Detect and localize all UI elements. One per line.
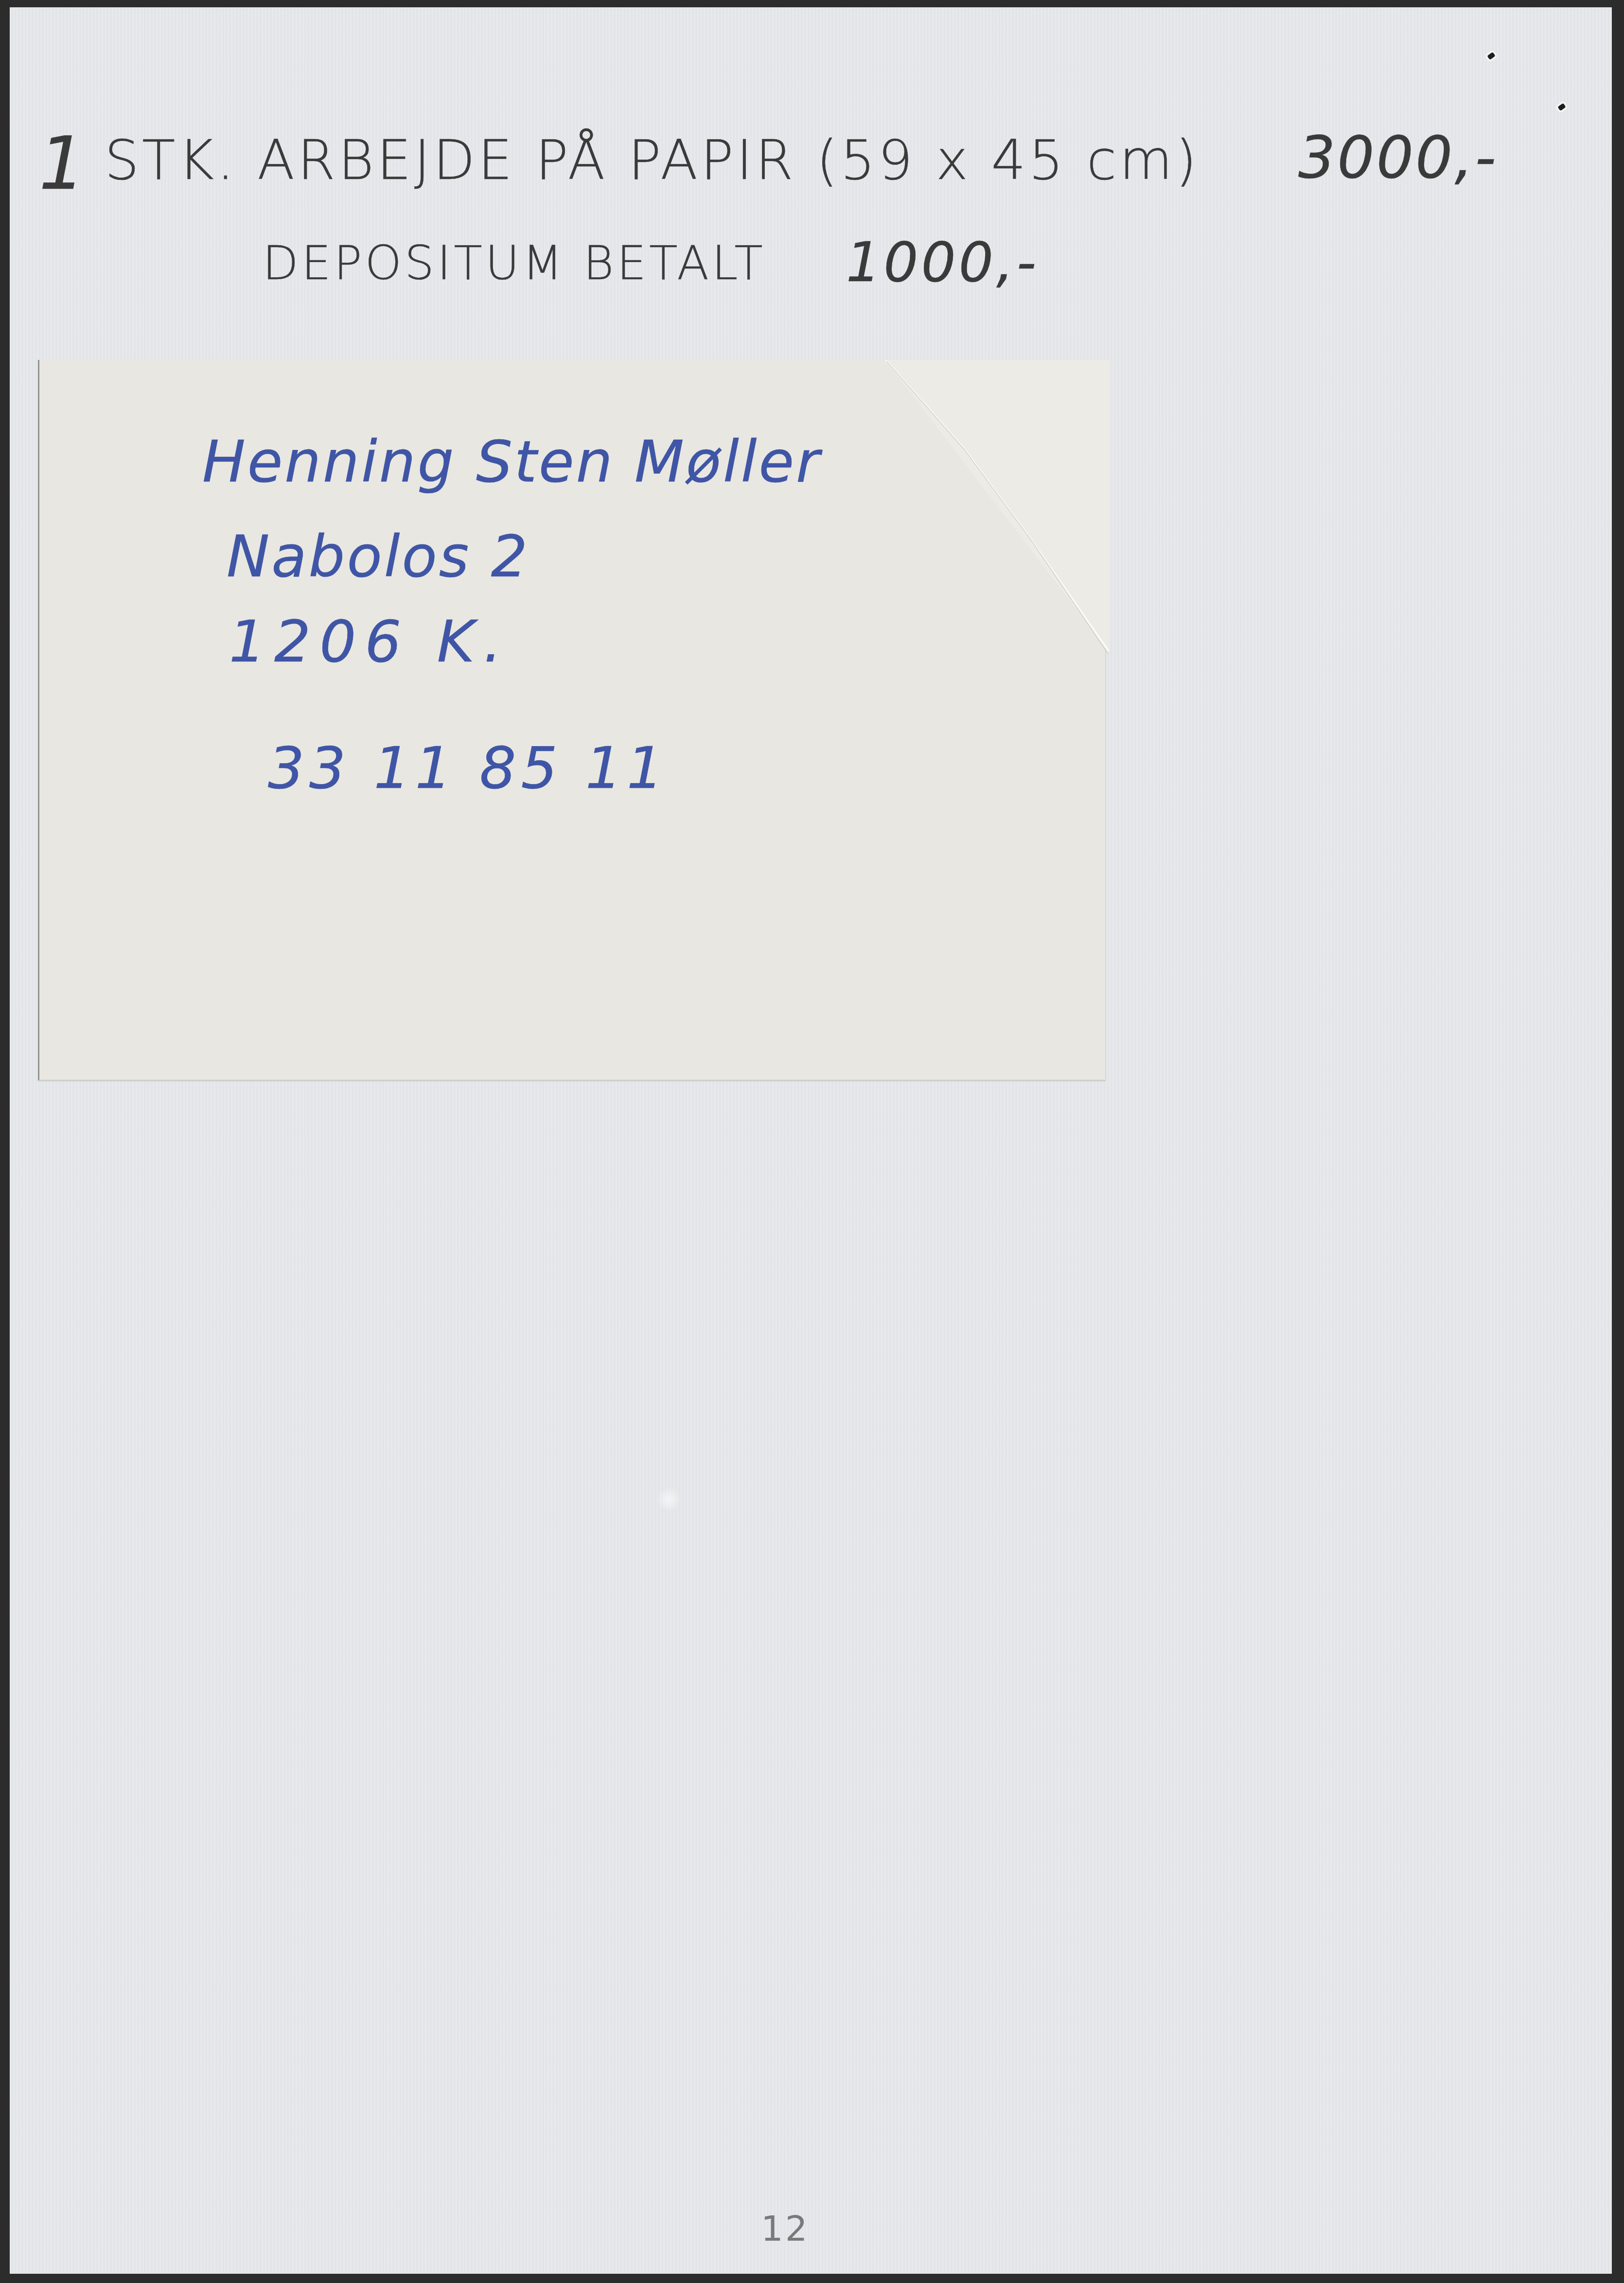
item-price: 3000,- — [1298, 124, 1498, 192]
staple-mark-1 — [1487, 52, 1495, 60]
contact-postal-city: 1206 K. — [229, 608, 511, 675]
staple-mark-2 — [1557, 103, 1566, 111]
contact-street: Nabolos 2 — [227, 523, 530, 590]
item-description: STK. ARBEJDE PÅ PAPIR (59 x 45 cm) — [105, 129, 1200, 192]
item-quantity: 1 — [39, 122, 85, 206]
paper-sheet: 1 STK. ARBEJDE PÅ PAPIR (59 x 45 cm) 300… — [10, 7, 1612, 2274]
paper-emboss-mark — [656, 1486, 681, 1513]
address-card: Henning Sten Møller Nabolos 2 1206 K. 33… — [38, 360, 1105, 1081]
folded-corner-crease — [885, 360, 1109, 661]
deposit-label: DEPOSITUM BETALT — [263, 236, 766, 290]
contact-phone: 33 11 85 11 — [268, 734, 668, 802]
contact-name: Henning Sten Møller — [202, 428, 822, 495]
page-number: 12 — [761, 2208, 810, 2249]
deposit-amount: 1000,- — [846, 231, 1039, 294]
